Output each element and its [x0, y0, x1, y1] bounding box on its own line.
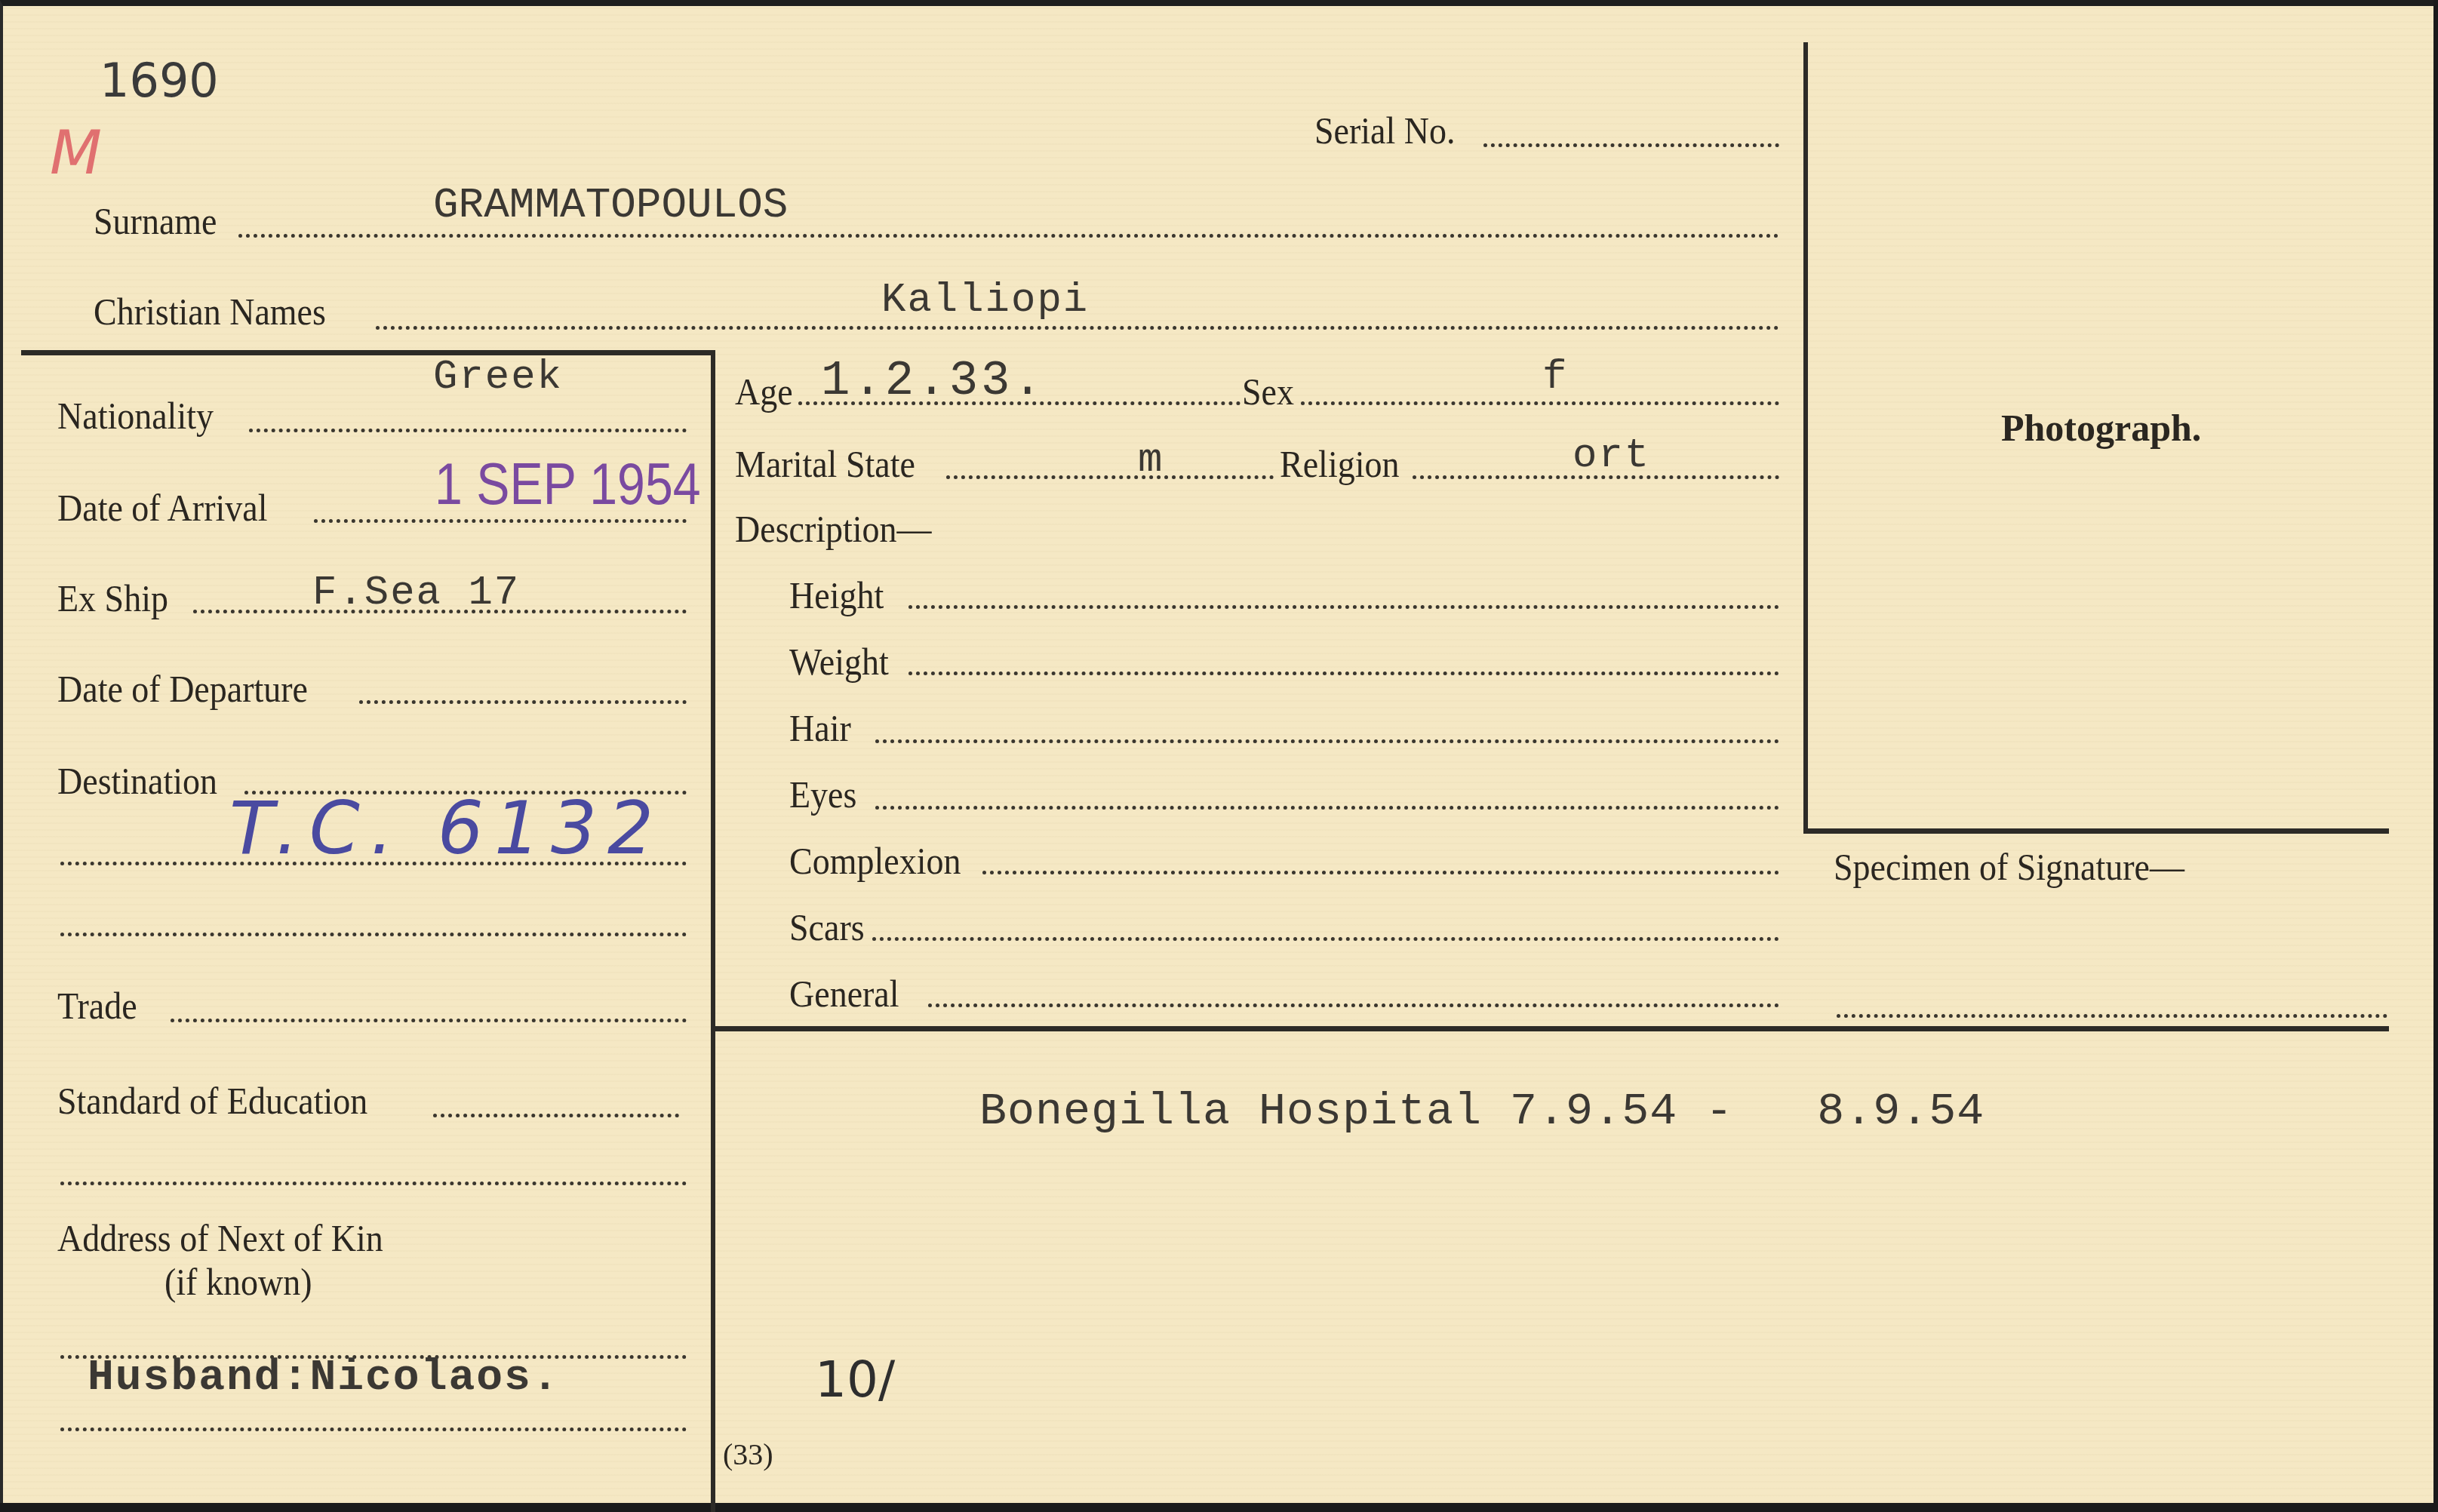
destination-label: Destination	[57, 759, 217, 803]
surname-label: Surname	[94, 199, 217, 243]
nationality-label: Nationality	[57, 394, 214, 438]
signature-field[interactable]	[1837, 1014, 2387, 1018]
trade-label: Trade	[57, 984, 137, 1028]
ex-ship-label: Ex Ship	[57, 576, 168, 620]
hair-field[interactable]	[875, 739, 1779, 743]
religion-value: ort	[1573, 433, 1650, 479]
nationality-field[interactable]	[249, 429, 687, 432]
christian-names-value: Kalliopi	[881, 278, 1089, 324]
hair-label: Hair	[789, 706, 851, 750]
card-number: 1690	[100, 53, 219, 108]
complexion-label: Complexion	[789, 839, 961, 883]
sex-value: f	[1542, 355, 1568, 401]
photo-box-left-border	[1803, 42, 1808, 831]
date-of-departure-label: Date of Departure	[57, 667, 308, 711]
form-code: (33)	[723, 1437, 773, 1472]
scars-label: Scars	[789, 905, 865, 949]
next-of-kin-label: Address of Next of Kin	[57, 1216, 383, 1260]
left-box-top-border	[21, 350, 715, 355]
education-field-line-2[interactable]	[60, 1182, 687, 1185]
education-field[interactable]	[433, 1114, 679, 1117]
marital-state-value: m	[1138, 438, 1164, 484]
destination-field-line-3[interactable]	[60, 933, 687, 936]
destination-value: T.C. 6132	[229, 786, 664, 871]
arrival-date-stamp: 1 SEP 1954	[435, 450, 701, 518]
margin-mark: M	[50, 118, 102, 188]
description-bottom-rule	[715, 1026, 2389, 1031]
trade-field[interactable]	[171, 1019, 687, 1022]
photo-box-bottom-border	[1803, 828, 2389, 834]
education-label: Standard of Education	[57, 1079, 367, 1123]
left-box-right-border	[711, 350, 715, 1507]
weight-field[interactable]	[908, 671, 1779, 675]
description-label: Description—	[735, 507, 932, 551]
general-field[interactable]	[928, 1003, 1779, 1007]
surname-value: GRAMMATOPOULOS	[433, 181, 788, 229]
nationality-value: Greek	[433, 355, 563, 401]
serial-label: Serial No.	[1314, 109, 1456, 152]
next-of-kin-value: Husband:Nicolaos.	[88, 1354, 560, 1403]
date-of-arrival-field[interactable]	[314, 519, 687, 523]
ex-ship-value: F.Sea 17	[312, 570, 520, 616]
height-label: Height	[789, 573, 884, 617]
christian-names-field[interactable]	[376, 326, 1779, 330]
eyes-field[interactable]	[875, 806, 1779, 810]
weight-label: Weight	[789, 640, 889, 684]
marital-state-label: Marital State	[735, 442, 915, 486]
height-field[interactable]	[908, 605, 1779, 609]
serial-field[interactable]	[1483, 143, 1779, 147]
next-of-kin-sublabel: (if known)	[164, 1260, 312, 1304]
complexion-field[interactable]	[982, 871, 1779, 874]
religion-label: Religion	[1280, 442, 1399, 486]
christian-names-label: Christian Names	[94, 290, 326, 333]
photograph-label: Photograph.	[2001, 406, 2201, 450]
sex-label: Sex	[1242, 370, 1294, 413]
immigration-record-card: 1690 M Serial No. Surname GRAMMATOPOULOS…	[0, 0, 2433, 1503]
marital-state-field[interactable]	[946, 475, 1274, 479]
hospital-note: Bonegilla Hospital 7.9.54 - 8.9.54	[979, 1086, 1985, 1138]
general-label: General	[789, 972, 899, 1016]
scars-field[interactable]	[872, 937, 1779, 941]
sex-field[interactable]	[1301, 401, 1779, 405]
next-of-kin-field-line-2[interactable]	[60, 1427, 687, 1431]
surname-field[interactable]	[238, 234, 1779, 238]
handwritten-number: 10/	[815, 1351, 895, 1409]
age-label: Age	[735, 370, 793, 413]
date-of-departure-field[interactable]	[359, 700, 687, 704]
age-value: 1.2.33.	[821, 355, 1045, 409]
date-of-arrival-label: Date of Arrival	[57, 486, 267, 530]
eyes-label: Eyes	[789, 773, 856, 816]
signature-label: Specimen of Signature—	[1834, 845, 2184, 889]
